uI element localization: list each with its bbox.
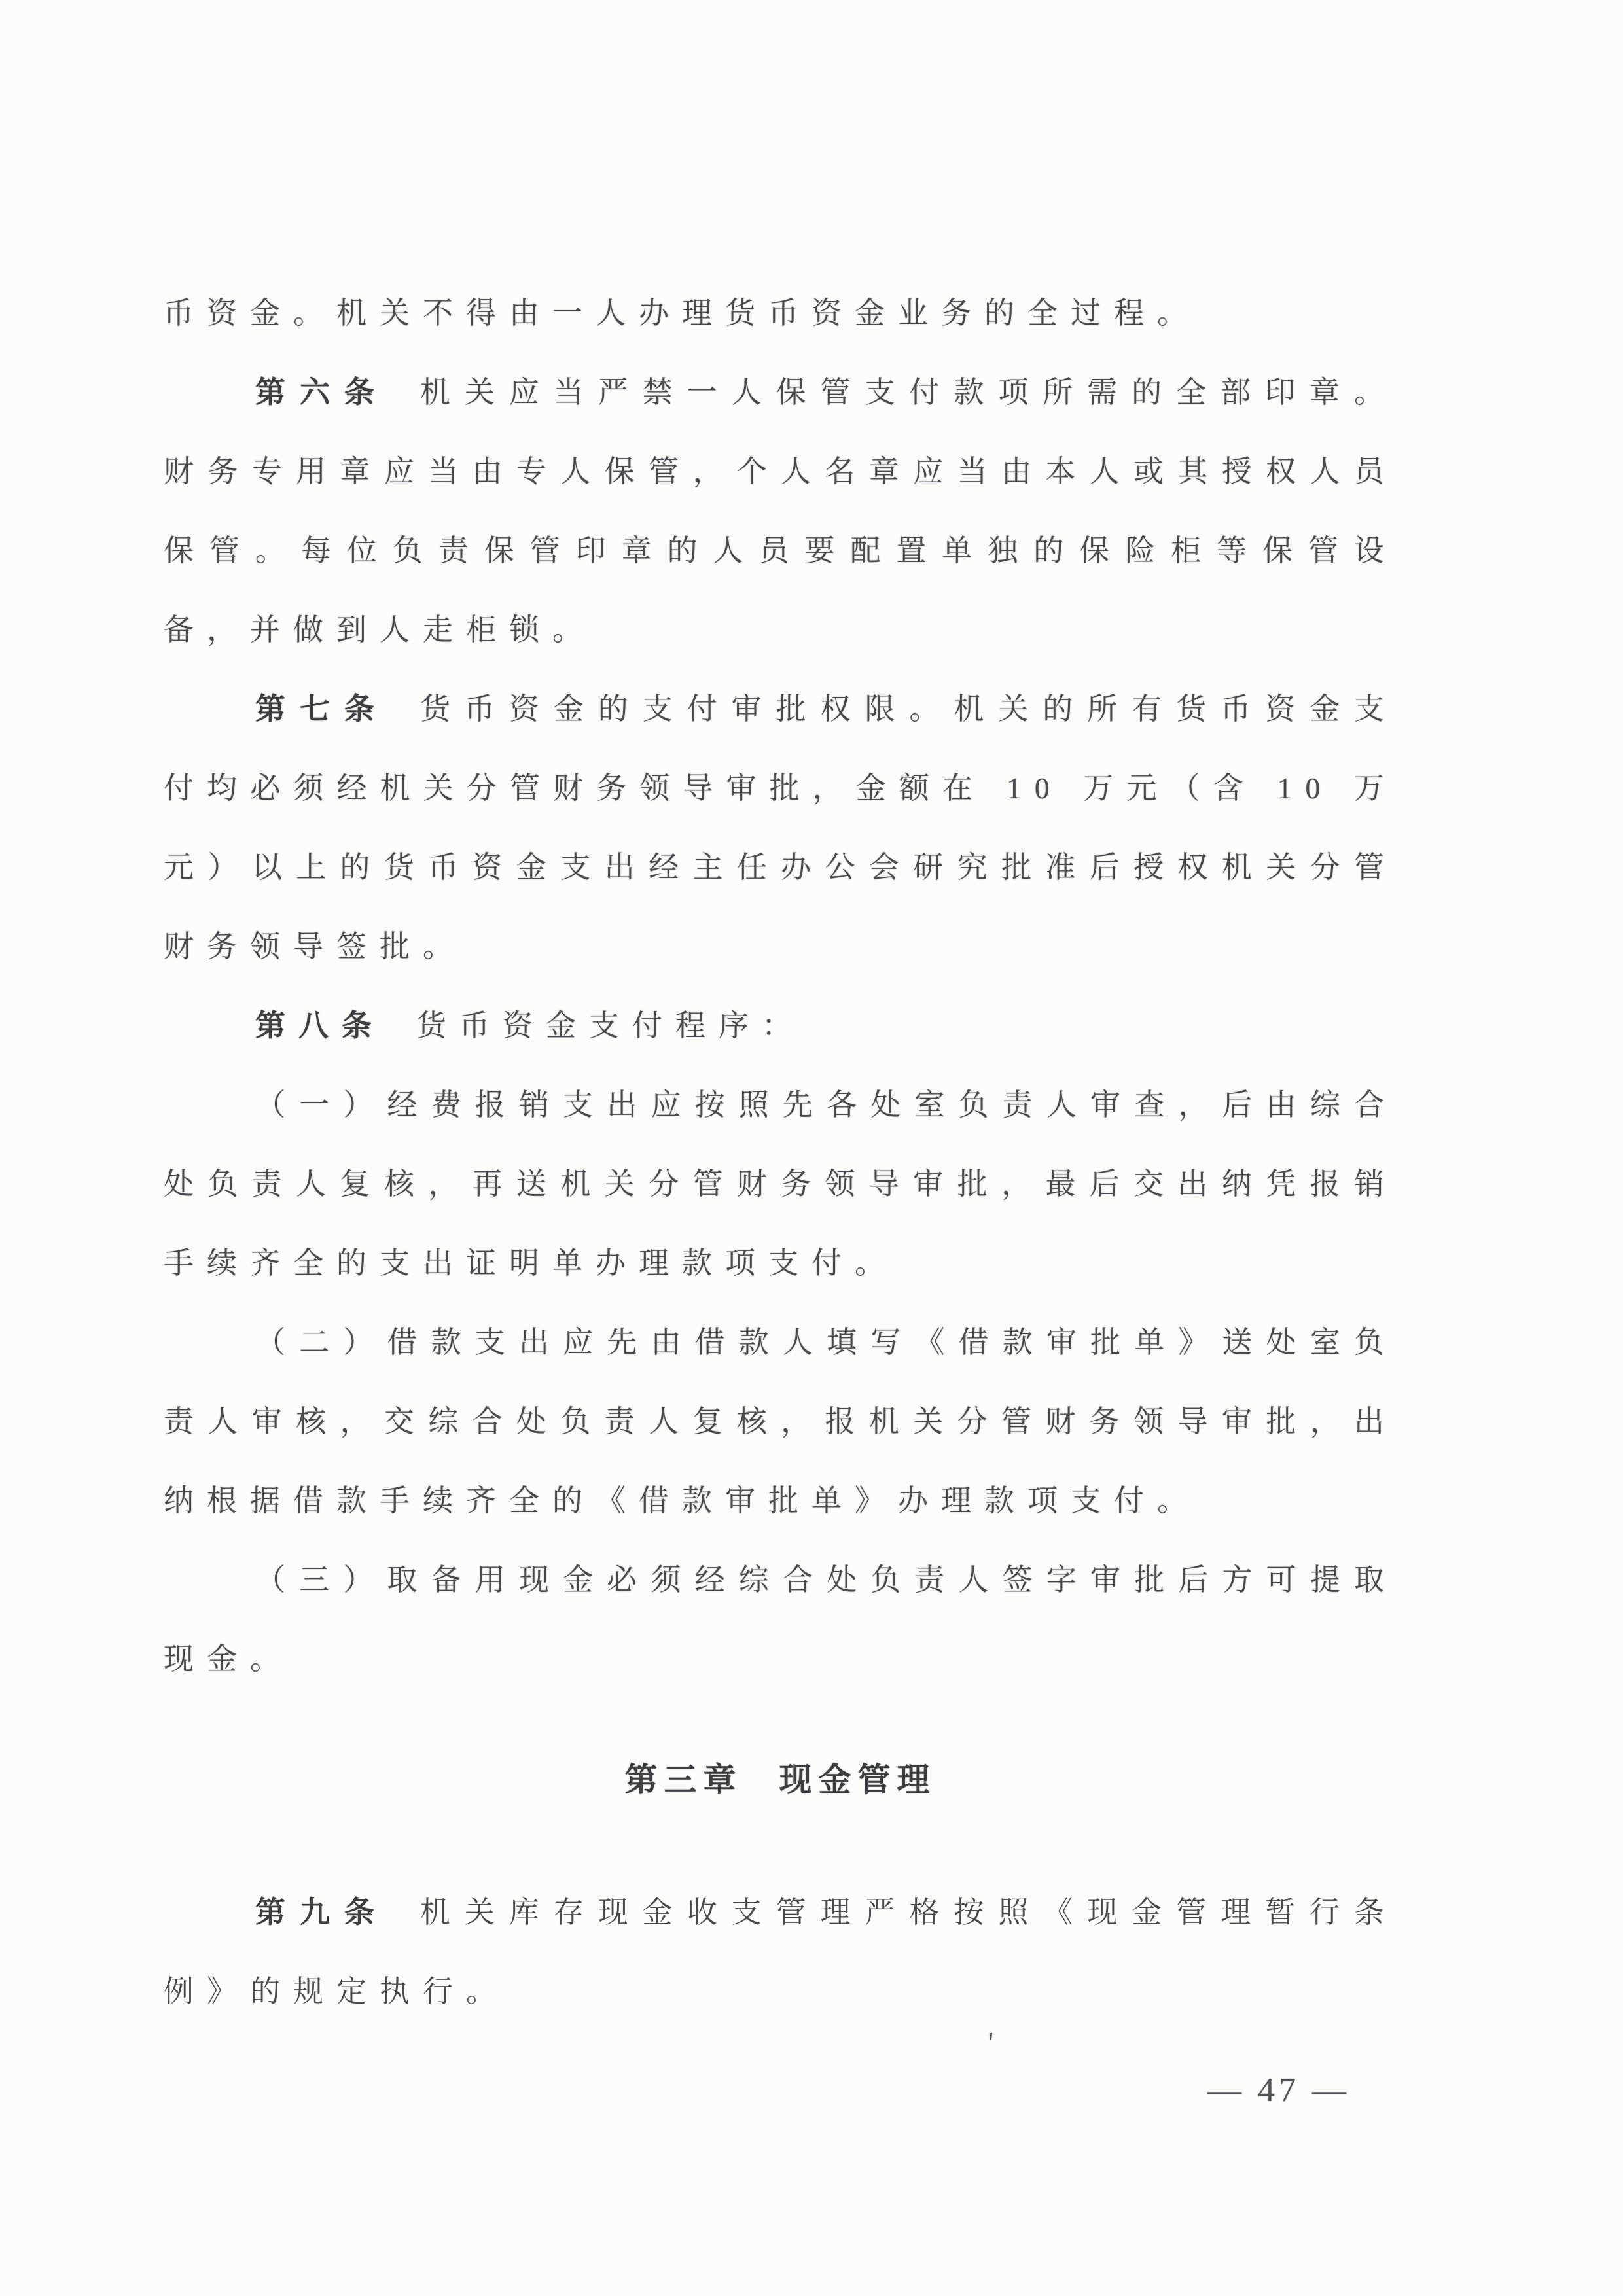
line-text: 币资金。机关不得由一人办理货币资金业务的全过程。 bbox=[164, 296, 1200, 330]
body-line: 第八条货币资金支付程序： bbox=[164, 986, 1397, 1065]
body-line: 责人审核，交综合处负责人复核，报机关分管财务领导审批，出 bbox=[164, 1382, 1397, 1461]
body-line: 备，并做到人走柜锁。 bbox=[164, 590, 1397, 669]
body-line: 财务专用章应当由专人保管，个人名章应当由本人或其授权人员 bbox=[164, 432, 1397, 511]
body-line: 手续齐全的支出证明单办理款项支付。 bbox=[164, 1224, 1397, 1303]
line-text: 财务领导签批。 bbox=[164, 930, 466, 963]
body-line: （一）经费报销支出应按照先各处室负责人审查，后由综合 bbox=[164, 1065, 1397, 1144]
line-text: 责人审核，交综合处负责人复核，报机关分管财务领导审批，出 bbox=[164, 1405, 1397, 1438]
body-line: 付均必须经机关分管财务领导审批，金额在 10 万元（含 10 万 bbox=[164, 749, 1397, 828]
body-line: 保管。每位负责保管印章的人员要配置单独的保险柜等保管设 bbox=[164, 511, 1397, 590]
scan-artifact-mark: ' bbox=[988, 2026, 993, 2059]
document-body: 币资金。机关不得由一人办理货币资金业务的全过程。 第六条机关应当严禁一人保管支付… bbox=[164, 274, 1397, 1699]
line-text: （二）借款支出应先由借款人填写《借款审批单》送处室负 bbox=[255, 1326, 1397, 1359]
line-text: 元）以上的货币资金支出经主任办公会研究批准后授权机关分管 bbox=[164, 851, 1397, 884]
scanned-document-page: 币资金。机关不得由一人办理货币资金业务的全过程。 第六条机关应当严禁一人保管支付… bbox=[0, 0, 1623, 2296]
line-text: 保管。每位负责保管印章的人员要配置单独的保险柜等保管设 bbox=[164, 534, 1397, 567]
body-line: 例》的规定执行。 bbox=[164, 1952, 1397, 2031]
line-text: 现金。 bbox=[164, 1642, 293, 1676]
body-line: 元）以上的货币资金支出经主任办公会研究批准后授权机关分管 bbox=[164, 828, 1397, 907]
body-line: 第六条机关应当严禁一人保管支付款项所需的全部印章。 bbox=[164, 353, 1397, 432]
line-text: 手续齐全的支出证明单办理款项支付。 bbox=[164, 1246, 898, 1280]
line-text: 货币资金支付程序： bbox=[416, 1009, 805, 1042]
article-number: 第八条 bbox=[255, 1009, 385, 1042]
article-number: 第七条 bbox=[255, 692, 389, 726]
body-line: 现金。 bbox=[164, 1619, 1397, 1699]
line-text: 例》的规定执行。 bbox=[164, 1975, 509, 2008]
chapter-heading: 第三章现金管理 bbox=[164, 1740, 1397, 1820]
line-text: （三）取备用现金必须经综合处负责人签字审批后方可提取 bbox=[255, 1563, 1397, 1597]
body-line: 币资金。机关不得由一人办理货币资金业务的全过程。 bbox=[164, 274, 1397, 353]
line-text: 处负责人复核，再送机关分管财务领导审批，最后交出纳凭报销 bbox=[164, 1167, 1397, 1201]
line-text: （一）经费报销支出应按照先各处室负责人审查，后由综合 bbox=[255, 1088, 1397, 1122]
body-line: 第九条机关库存现金收支管理严格按照《现金管理暂行条 bbox=[164, 1873, 1397, 1952]
body-line: （三）取备用现金必须经综合处负责人签字审批后方可提取 bbox=[164, 1540, 1397, 1619]
line-text: 纳根据借款手续齐全的《借款审批单》办理款项支付。 bbox=[164, 1484, 1200, 1517]
line-text: 货币资金的支付审批权限。机关的所有货币资金支 bbox=[420, 692, 1397, 726]
body-line: 纳根据借款手续齐全的《借款审批单》办理款项支付。 bbox=[164, 1461, 1397, 1540]
body-line: （二）借款支出应先由借款人填写《借款审批单》送处室负 bbox=[164, 1303, 1397, 1382]
body-line: 第七条货币资金的支付审批权限。机关的所有货币资金支 bbox=[164, 669, 1397, 749]
page-number: — 47 — bbox=[1207, 2071, 1350, 2110]
chapter-number: 第三章 bbox=[625, 1761, 743, 1798]
line-text: 备，并做到人走柜锁。 bbox=[164, 613, 596, 646]
document-body-continued: 第九条机关库存现金收支管理严格按照《现金管理暂行条 例》的规定执行。 bbox=[164, 1873, 1397, 2031]
line-text: 机关应当严禁一人保管支付款项所需的全部印章。 bbox=[420, 376, 1397, 409]
article-number: 第六条 bbox=[255, 376, 389, 409]
body-line: 财务领导签批。 bbox=[164, 907, 1397, 986]
line-text: 财务专用章应当由专人保管，个人名章应当由本人或其授权人员 bbox=[164, 455, 1397, 488]
chapter-title: 现金管理 bbox=[779, 1761, 936, 1798]
body-line: 处负责人复核，再送机关分管财务领导审批，最后交出纳凭报销 bbox=[164, 1144, 1397, 1224]
line-text: 机关库存现金收支管理严格按照《现金管理暂行条 bbox=[420, 1896, 1397, 1929]
line-text: 付均必须经机关分管财务领导审批，金额在 10 万元（含 10 万 bbox=[164, 771, 1397, 805]
article-number: 第九条 bbox=[255, 1896, 389, 1929]
